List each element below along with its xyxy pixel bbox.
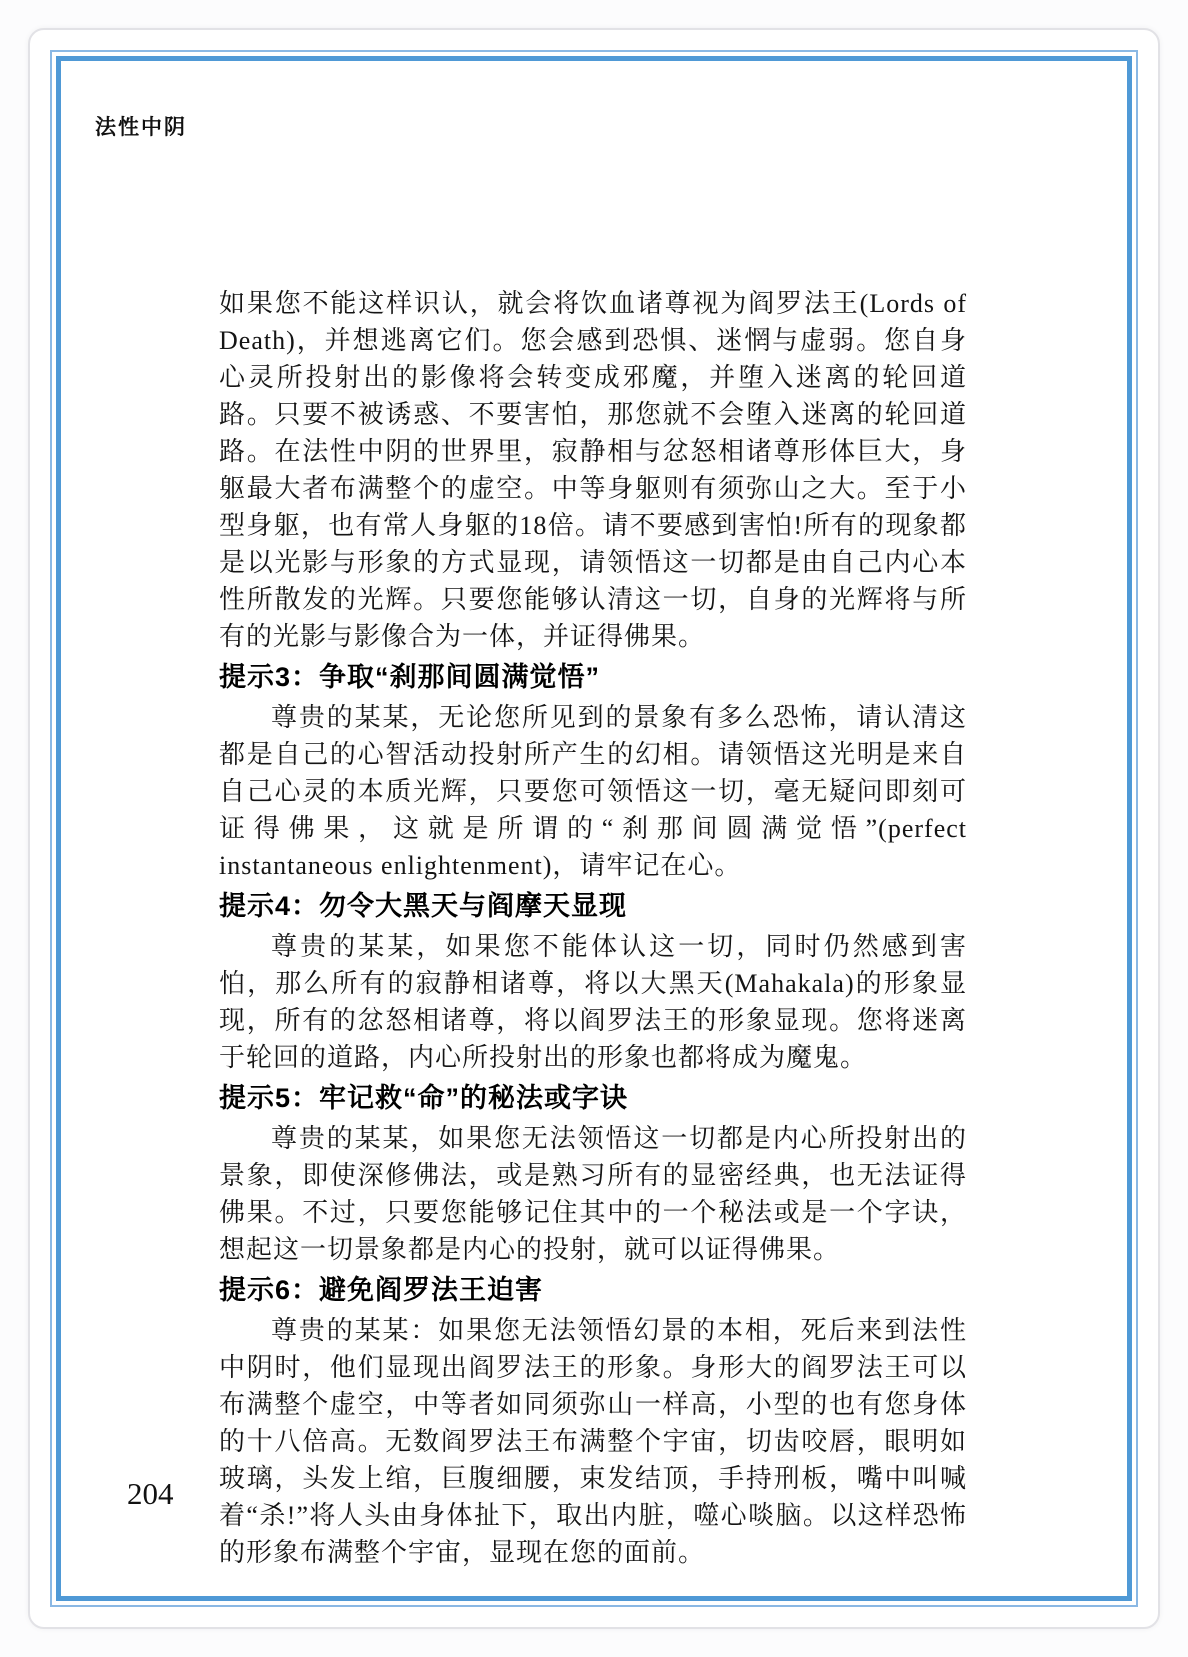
body-paragraph: 尊贵的某某，无论您所见到的景象有多么恐怖，请认清这都是自己的心智活动投射所产生的… <box>219 699 967 884</box>
body-paragraph: 尊贵的某某，如果您无法领悟这一切都是内心所投射出的景象，即使深修佛法，或是熟习所… <box>219 1120 967 1268</box>
page-content: 法性中阴 如果您不能这样识认，就会将饮血诸尊视为阎罗法王(Lords of De… <box>61 61 1127 1596</box>
section-heading: 提示6：避免阎罗法王迫害 <box>219 1268 967 1312</box>
section-heading: 提示3：争取“刹那间圆满觉悟” <box>219 655 967 699</box>
decorative-frame-inner: 法性中阴 如果您不能这样识认，就会将饮血诸尊视为阎罗法王(Lords of De… <box>56 56 1132 1601</box>
body-paragraph: 尊贵的某某，如果您不能体认这一切，同时仍然感到害怕，那么所有的寂静相诸尊，将以大… <box>219 928 967 1076</box>
section-heading: 提示4：勿令大黑天与阎摩天显现 <box>219 884 967 928</box>
body-paragraph: 尊贵的某某：如果您无法领悟幻景的本相，死后来到法性中阴时，他们显现出阎罗法王的形… <box>219 1312 967 1571</box>
body-paragraph: 如果您不能这样识认，就会将饮血诸尊视为阎罗法王(Lords of Death)，… <box>219 285 967 655</box>
running-header: 法性中阴 <box>95 111 187 141</box>
decorative-frame-outer: 法性中阴 如果您不能这样识认，就会将饮血诸尊视为阎罗法王(Lords of De… <box>50 50 1138 1607</box>
page-number: 204 <box>127 1476 174 1512</box>
section-heading: 提示5：牢记救“命”的秘法或字诀 <box>219 1076 967 1120</box>
scanned-page-background: 法性中阴 如果您不能这样识认，就会将饮血诸尊视为阎罗法王(Lords of De… <box>0 0 1188 1657</box>
text-column: 如果您不能这样识认，就会将饮血诸尊视为阎罗法王(Lords of Death)，… <box>219 285 967 1571</box>
book-page: 法性中阴 如果您不能这样识认，就会将饮血诸尊视为阎罗法王(Lords of De… <box>28 28 1160 1629</box>
